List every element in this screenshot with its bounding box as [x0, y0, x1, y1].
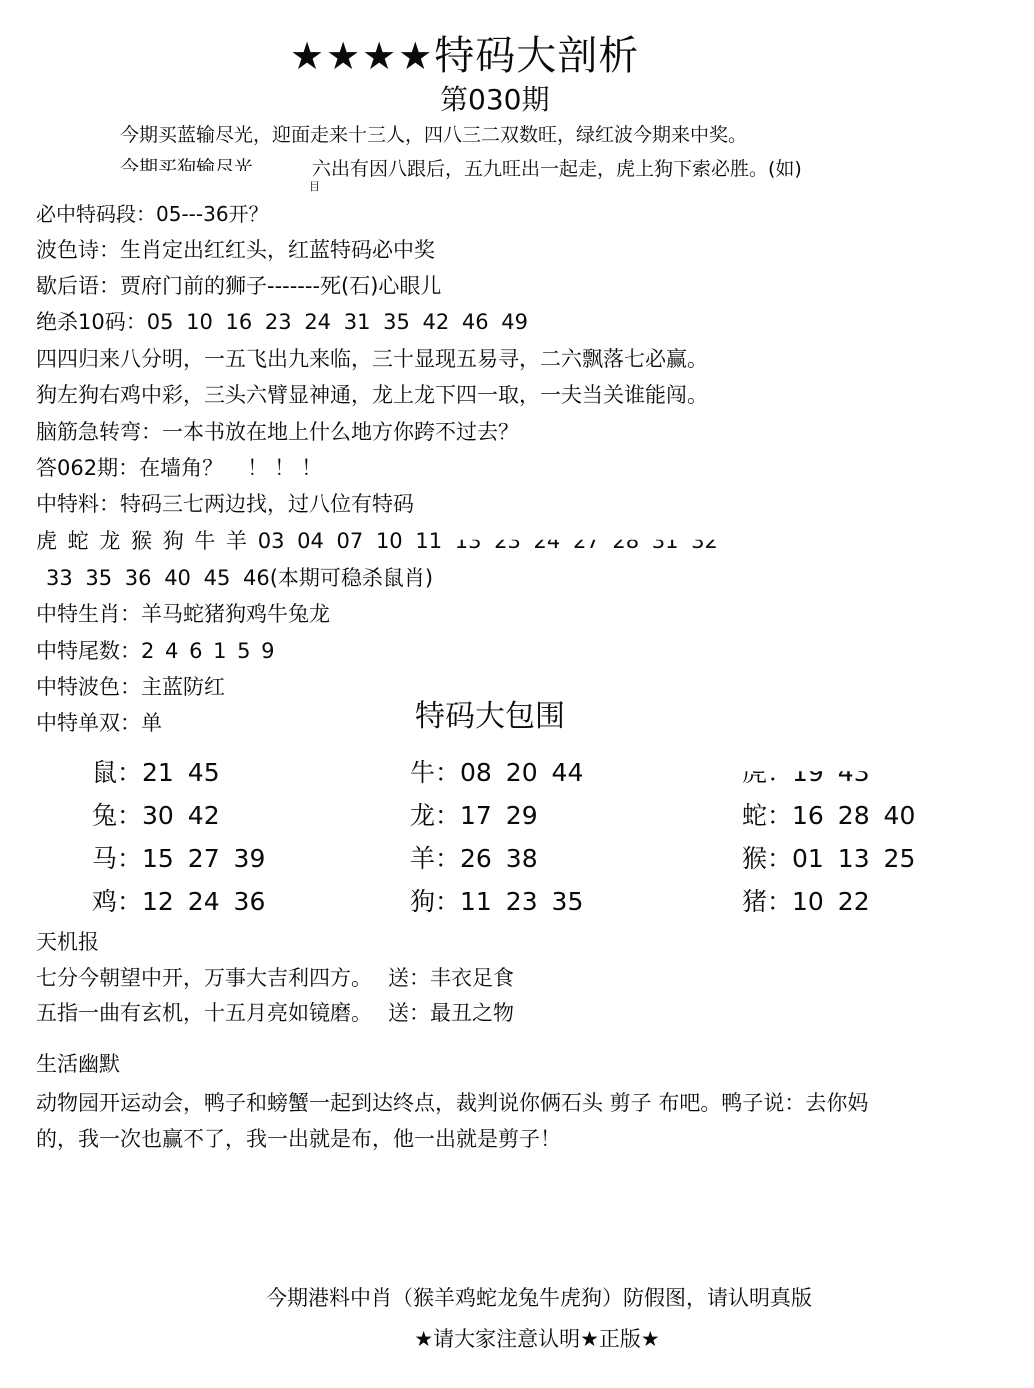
danshuang-row: 中特单双：单 [36, 708, 162, 738]
humor-line-1: 动物园开运动会，鸭子和螃蟹一起到达终点，裁判说你俩石头 剪子 布吧。鸭子说：去你… [36, 1088, 868, 1118]
bose-label: 中特波色： [36, 675, 141, 699]
pick-numbers-3: 33 35 36 40 45 46 [46, 566, 270, 590]
zodiac-animal: 鸡 [92, 887, 117, 916]
humor-title: 生活幽默 [36, 1049, 120, 1079]
zodiac-numbers: 12 24 36 [142, 887, 265, 916]
separator: ： [117, 758, 142, 787]
zodiac-numbers: 26 38 [460, 844, 538, 873]
pick-numbers-1: 03 04 07 10 11 [258, 529, 442, 553]
xiehouyu-row: 歇后语：贾府门前的狮子-------死(石)心眼儿 [36, 271, 441, 301]
separator: ： [767, 887, 792, 916]
zodiac-animal: 羊 [410, 844, 435, 873]
zodiac-animal: 马 [92, 844, 117, 873]
footer-line-2: ★请大家注意认明★正版★ [20, 1323, 1034, 1355]
zodiac-cell-rabbit: 兔：30 42 [92, 798, 220, 834]
zodiac-animal: 狗 [410, 887, 435, 916]
naojin-row: 脑筋急转弯：一本书放在地上什么地方你跨不过去？ [36, 417, 519, 447]
separator: ： [435, 758, 460, 787]
weishu-label: 中特尾数： [36, 639, 141, 663]
separator: ： [117, 887, 142, 916]
issue-number: 第030期 [440, 80, 549, 120]
verse-line-1: 四四归来八分明，一五飞出九来临，三十显现五易寻，二六飘落七必赢。 [36, 344, 708, 374]
title-text: 特码大剖析 [434, 33, 639, 79]
pick-note: (本期可稳杀鼠肖) [270, 566, 433, 590]
zodiac-cell-monkey: 猴：01 13 25 [742, 841, 915, 877]
tianjibao-verse-1: 七分今朝望中开，万事大吉利四方。 [36, 966, 372, 990]
separator: ： [767, 844, 792, 873]
zodiac-cell-rooster: 鸡：12 24 36 [92, 884, 265, 920]
tianjibao-gift-1: 送：丰衣足食 [388, 966, 514, 990]
zodiac-cell-rat: 鼠：21 45 [92, 755, 220, 791]
shengxiao-label: 中特生肖： [36, 602, 141, 626]
answer-row: 答062期：在墙角？！！！ [36, 453, 328, 483]
naojin-value: 一本书放在地上什么地方你跨不过去？ [162, 420, 519, 444]
poem-line-2-prefix: 今期买狗输尽光 [120, 153, 253, 183]
separator: ： [767, 758, 792, 787]
zodiac-animal: 猪 [742, 887, 767, 916]
bosesi-row: 波色诗：生肖定出红红头，红蓝特码必中奖 [36, 235, 435, 265]
zodiac-cell-pig: 猪：10 22 [742, 884, 870, 920]
pick-numbers-2: 13 23 24 27 28 31 32 [455, 529, 718, 553]
zodiac-cell-ox: 牛：08 20 44 [410, 755, 583, 791]
zodiac-numbers: 08 20 44 [460, 758, 583, 787]
zodiac-numbers: 10 22 [792, 887, 870, 916]
zodiac-animal: 兔 [92, 801, 117, 830]
answer-exclaim: ！！！ [247, 456, 328, 480]
danshuang-value: 单 [141, 711, 162, 735]
bosesi-value: 生肖定出红红头，红蓝特码必中奖 [120, 238, 435, 262]
zodiac-numbers: 30 42 [142, 801, 220, 830]
zodiac-cell-tiger: 虎：19 43 [742, 755, 870, 791]
poem-line-1: 今期买蓝输尽光，迎面走来十三人，四八三二双数旺，绿红波今期来中奖。 [120, 120, 747, 150]
zodiac-cell-horse: 马：15 27 39 [92, 841, 265, 877]
juesha-row: 绝杀10码：05 10 16 23 24 31 35 42 46 49 [36, 307, 528, 337]
separator: ： [435, 844, 460, 873]
separator: ： [117, 844, 142, 873]
zodiac-animal: 蛇 [742, 801, 767, 830]
xiehouyu-label: 歇后语： [36, 274, 120, 298]
zodiac-numbers: 19 43 [792, 758, 870, 787]
footer-line-1: 今期港料中肖（猴羊鸡蛇龙兔牛虎狗）防假图，请认明真版 [22, 1282, 1034, 1314]
zodiac-animal: 猴 [742, 844, 767, 873]
humor-line-2: 的，我一次也赢不了，我一出就是布，他一出就是剪子！ [36, 1124, 561, 1154]
zhongteliao-label: 中特料： [36, 492, 120, 516]
bizhong-value: 05---36开？ [156, 202, 269, 226]
zodiac-animal: 鼠 [92, 758, 117, 787]
page-title: ★★★★特码大剖析 [290, 30, 639, 82]
zodiac-numbers: 11 23 35 [460, 887, 583, 916]
tianjibao-gift-2: 送：最丑之物 [388, 1001, 514, 1025]
zodiac-numbers: 01 13 25 [792, 844, 915, 873]
separator: ： [435, 801, 460, 830]
bizhong-row: 必中特码段：05---36开？ [36, 199, 269, 229]
weishu-value: 2 4 6 1 5 9 [141, 639, 275, 663]
pick-row-1: 虎 蛇 龙 猴 狗 牛 羊 03 04 07 10 11 13 23 24 27… [36, 526, 718, 556]
zodiac-numbers: 15 27 39 [142, 844, 265, 873]
separator: ： [435, 887, 460, 916]
zodiac-numbers: 17 29 [460, 801, 538, 830]
separator: ： [117, 801, 142, 830]
zodiac-numbers: 16 28 40 [792, 801, 915, 830]
verse-line-2: 狗左狗右鸡中彩，三头六臂显神通，龙上龙下四一取，一夫当关谁能闯。 [36, 380, 708, 410]
xiehouyu-value: 贾府门前的狮子-------死(石)心眼儿 [120, 274, 441, 298]
tianjibao-line-1: 七分今朝望中开，万事大吉利四方。送：丰衣足食 [36, 963, 514, 993]
tianjibao-title: 天机报 [36, 927, 99, 957]
poem-line-2: 六出有因八跟后，五九旺出一起走，虎上狗下索必胜。(如) [312, 154, 802, 184]
bose-value: 主蓝防红 [141, 675, 225, 699]
bosesi-label: 波色诗： [36, 238, 120, 262]
tianjibao-verse-2: 五指一曲有玄机，十五月亮如镜磨。 [36, 1001, 372, 1025]
pick-row-2: 33 35 36 40 45 46(本期可稳杀鼠肖) [46, 563, 433, 593]
zodiac-cell-snake: 蛇：16 28 40 [742, 798, 915, 834]
zodiac-cell-dog: 狗：11 23 35 [410, 884, 583, 920]
bizhong-label: 必中特码段： [36, 202, 156, 226]
answer-value: 在墙角？ [139, 456, 223, 480]
shengxiao-value: 羊马蛇猪狗鸡牛兔龙 [141, 602, 330, 626]
danshuang-label: 中特单双： [36, 711, 141, 735]
separator: ： [767, 801, 792, 830]
zodiac-animal: 牛 [410, 758, 435, 787]
zodiac-animal: 虎 [742, 758, 767, 787]
tianjibao-line-2: 五指一曲有玄机，十五月亮如镜磨。送：最丑之物 [36, 998, 514, 1028]
juesha-label: 绝杀10码： [36, 310, 147, 334]
answer-label: 答062期： [36, 456, 139, 480]
zhongteliao-row: 中特料：特码三七两边找，过八位有特码 [36, 489, 414, 519]
shengxiao-row: 中特生肖：羊马蛇猪狗鸡牛兔龙 [36, 599, 330, 629]
zodiac-animal: 龙 [410, 801, 435, 830]
zhongteliao-value: 特码三七两边找，过八位有特码 [120, 492, 414, 516]
zodiac-numbers: 21 45 [142, 758, 220, 787]
juesha-value: 05 10 16 23 24 31 35 42 46 49 [147, 310, 528, 334]
weishu-row: 中特尾数：2 4 6 1 5 9 [36, 636, 275, 666]
zodiac-cell-dragon: 龙：17 29 [410, 798, 538, 834]
naojin-label: 脑筋急转弯： [36, 420, 162, 444]
scan-artifact: 目 [309, 180, 320, 194]
star-icon-group: ★★★★ [290, 34, 434, 78]
bose-row: 中特波色：主蓝防红 [36, 672, 225, 702]
baowei-title: 特码大包围 [415, 695, 565, 739]
zodiac-cell-goat: 羊：26 38 [410, 841, 538, 877]
pick-zodiac: 虎 蛇 龙 猴 狗 牛 羊 [36, 529, 247, 553]
